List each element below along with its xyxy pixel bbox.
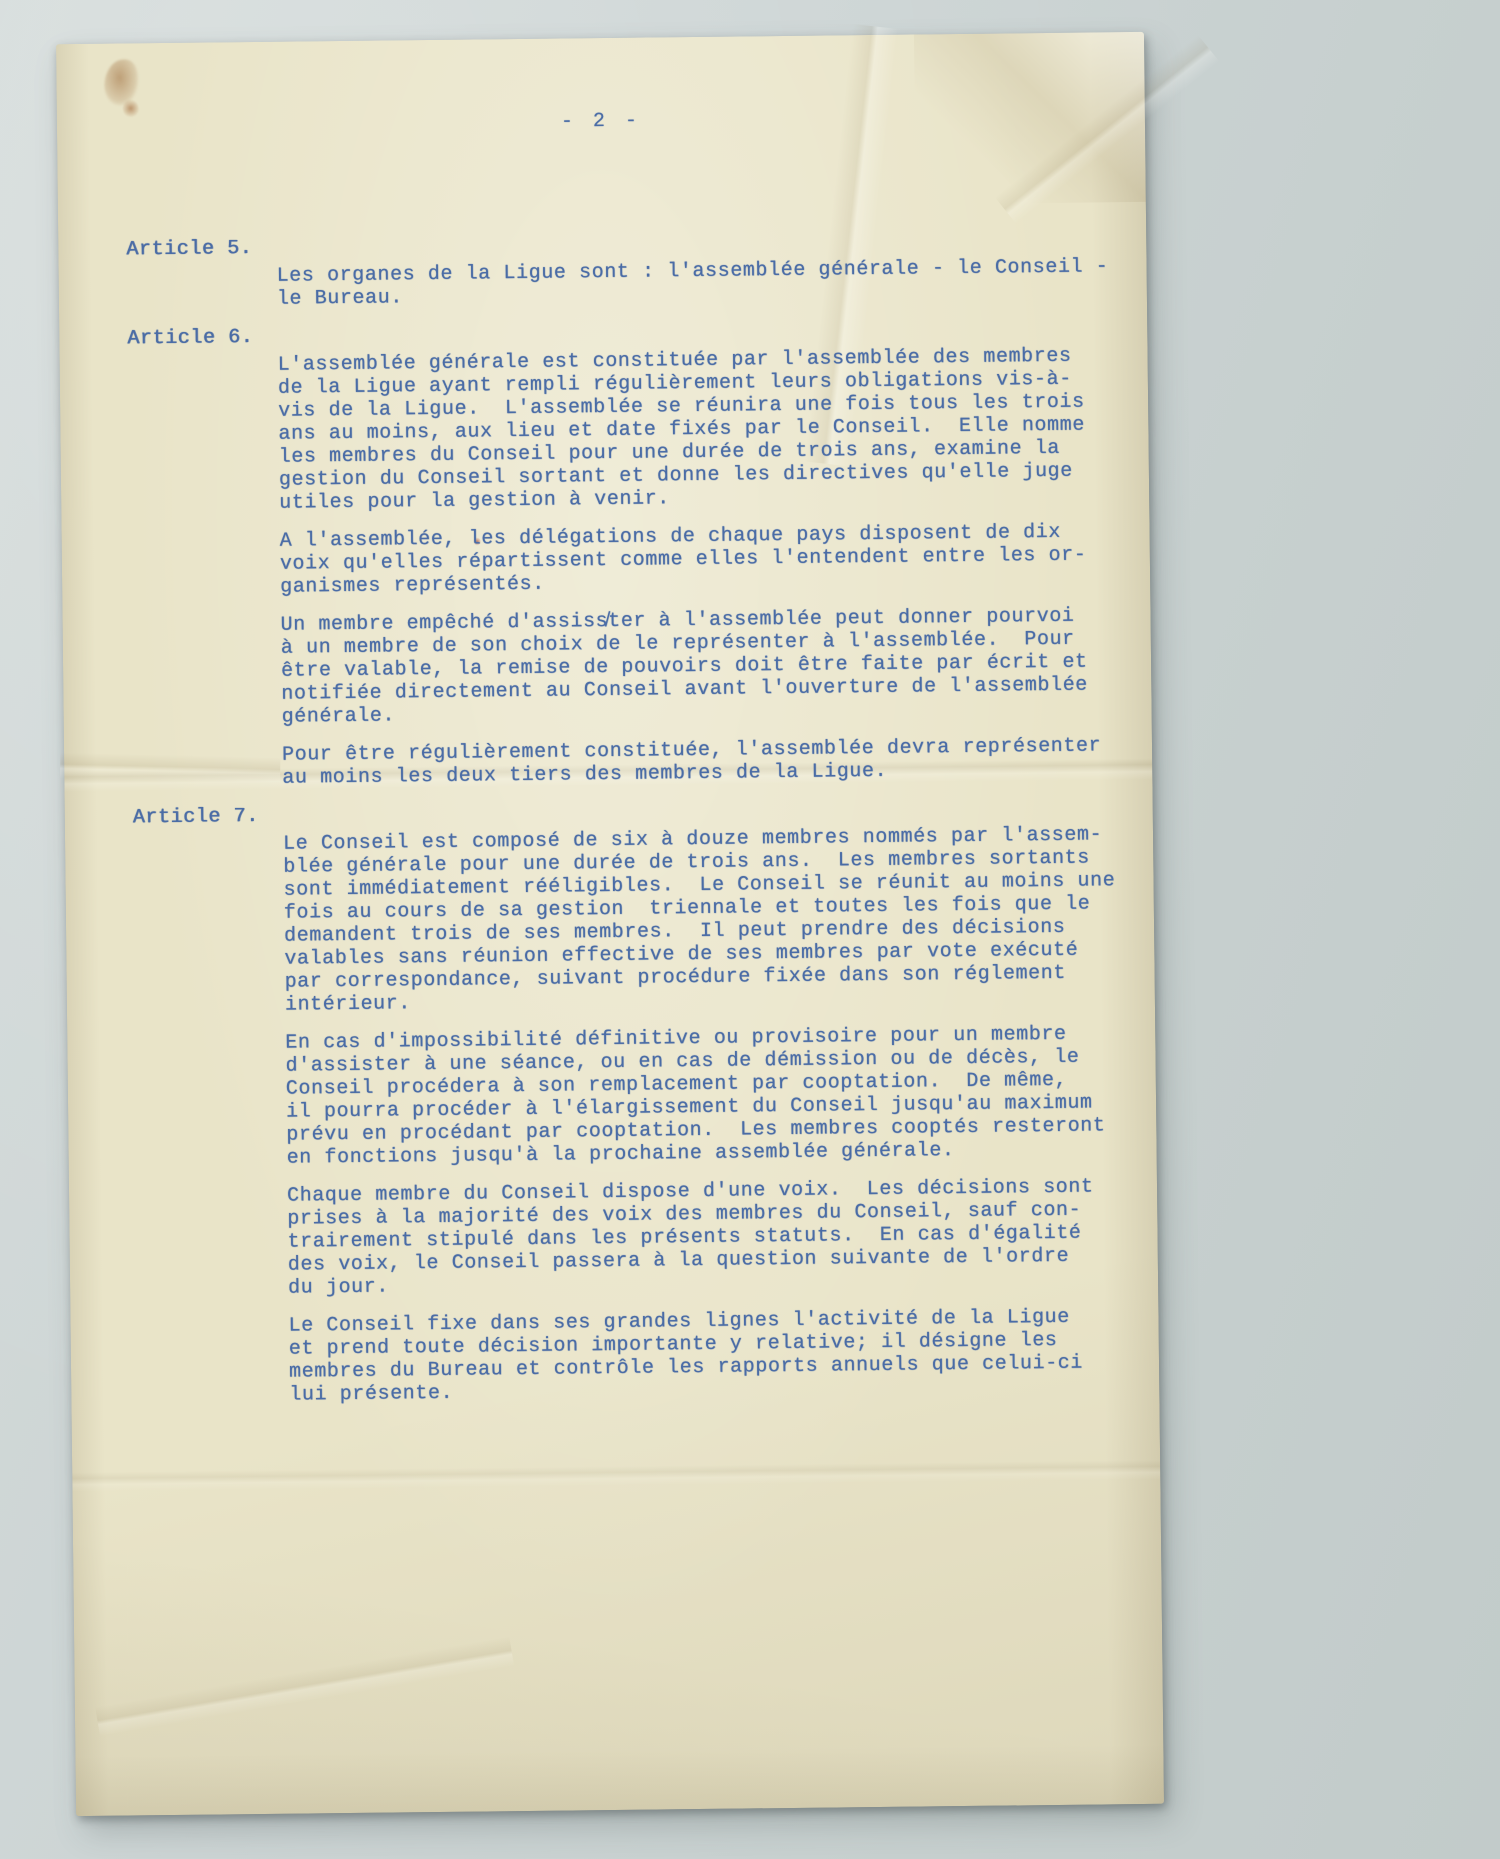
paragraph: Chaque membre du Conseil dispose d'une v…	[287, 1175, 1158, 1300]
articles: Article 5.Les organes de la Ligue sont :…	[58, 227, 1159, 1409]
paragraph: L'assemblée générale est constituée par …	[278, 344, 1150, 515]
article-body: Le Conseil est composé de six à douze me…	[283, 823, 1159, 1407]
article-body: Les organes de la Ligue sont : l'assembl…	[277, 255, 1147, 311]
typewritten-content: - 2 - Article 5.Les organes de la Ligue …	[56, 32, 1160, 1424]
article: Article 6.L'assemblée générale est const…	[59, 316, 1152, 792]
scan-background: - 2 - Article 5.Les organes de la Ligue …	[0, 0, 1500, 1859]
paragraph: En cas d'impossibilité définitive ou pro…	[285, 1022, 1157, 1170]
paragraph: A l'assemblée, les délégations de chaque…	[280, 520, 1151, 599]
paper-crease	[95, 1637, 514, 1737]
paragraph: Les organes de la Ligue sont : l'assembl…	[277, 255, 1147, 311]
document-page: - 2 - Article 5.Les organes de la Ligue …	[56, 32, 1164, 1816]
paragraph: Un membre empêché d'assiss̸ter à l'assem…	[280, 604, 1151, 729]
page-number: - 2 -	[57, 104, 1145, 139]
article: Article 5.Les organes de la Ligue sont :…	[58, 227, 1147, 313]
paragraph: Le Conseil fixe dans ses grandes lignes …	[288, 1305, 1159, 1407]
paragraph: Le Conseil est composé de six à douze me…	[283, 823, 1155, 1017]
article: Article 7.Le Conseil est composé de six …	[65, 795, 1160, 1409]
paragraph: Pour être régulièrement constituée, l'as…	[282, 734, 1152, 790]
article-body: L'assemblée générale est constituée par …	[278, 344, 1153, 790]
